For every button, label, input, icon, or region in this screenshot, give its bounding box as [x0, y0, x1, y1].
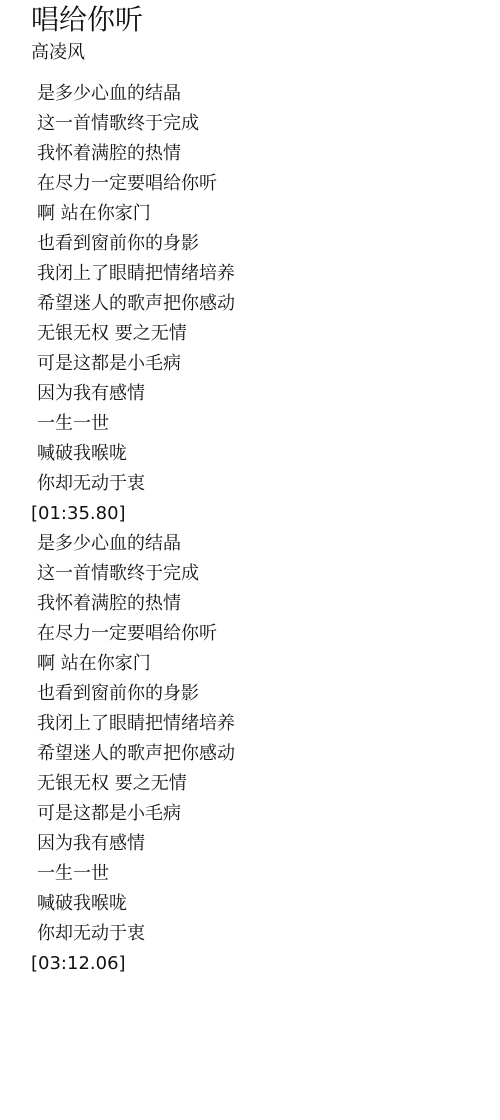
- lyric-line: 可是这都是小毛病: [31, 799, 500, 829]
- lyric-line: 我闭上了眼睛把情绪培养: [31, 259, 500, 289]
- lyric-line: 喊破我喉咙: [31, 439, 500, 469]
- lyric-line: 这一首情歌终于完成: [31, 559, 500, 589]
- lyric-line: 可是这都是小毛病: [31, 349, 500, 379]
- lyric-line: 我怀着满腔的热情: [31, 139, 500, 169]
- lyric-line: 这一首情歌终于完成: [31, 109, 500, 139]
- lyrics-list: 是多少心血的结晶这一首情歌终于完成我怀着满腔的热情在尽力一定要唱给你听啊 站在你…: [31, 79, 500, 979]
- lyrics-page: 唱给你听 高凌风 是多少心血的结晶这一首情歌终于完成我怀着满腔的热情在尽力一定要…: [0, 0, 500, 979]
- song-title: 唱给你听: [31, 0, 500, 38]
- lyric-line: 啊 站在你家门: [31, 199, 500, 229]
- lyric-timestamp: [03:12.06]: [31, 949, 500, 979]
- lyric-line: 在尽力一定要唱给你听: [31, 619, 500, 649]
- lyric-line: 是多少心血的结晶: [31, 79, 500, 109]
- lyric-line: 因为我有感情: [31, 379, 500, 409]
- lyric-line: 也看到窗前你的身影: [31, 229, 500, 259]
- artist-name: 高凌风: [31, 40, 500, 66]
- lyric-line: 因为我有感情: [31, 829, 500, 859]
- lyric-line: 喊破我喉咙: [31, 889, 500, 919]
- lyric-line: 是多少心血的结晶: [31, 529, 500, 559]
- lyric-line: 啊 站在你家门: [31, 649, 500, 679]
- lyric-line: 你却无动于衷: [31, 919, 500, 949]
- lyric-line: 也看到窗前你的身影: [31, 679, 500, 709]
- lyric-line: 无银无权 要之无情: [31, 769, 500, 799]
- lyric-line: 在尽力一定要唱给你听: [31, 169, 500, 199]
- lyric-timestamp: [01:35.80]: [31, 499, 500, 529]
- lyric-line: 希望迷人的歌声把你感动: [31, 739, 500, 769]
- lyric-line: 我闭上了眼睛把情绪培养: [31, 709, 500, 739]
- lyric-line: 我怀着满腔的热情: [31, 589, 500, 619]
- lyric-line: 一生一世: [31, 409, 500, 439]
- lyric-line: 一生一世: [31, 859, 500, 889]
- lyric-line: 希望迷人的歌声把你感动: [31, 289, 500, 319]
- lyric-line: 你却无动于衷: [31, 469, 500, 499]
- lyric-line: 无银无权 要之无情: [31, 319, 500, 349]
